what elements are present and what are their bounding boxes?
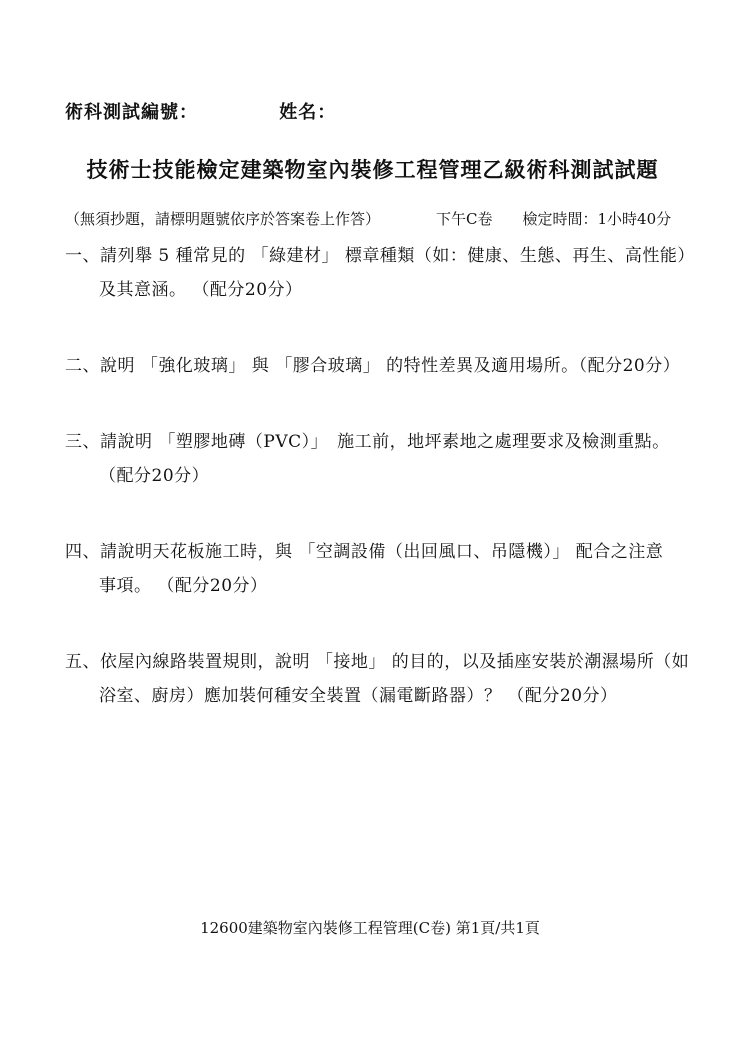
question-4-line-1: 四、請說明天花板施工時，與 「空調設備（出回風口、吊隱機）」 配合之注意 [65, 535, 680, 569]
question-5-line-2: 浴室、廚房）應加裝何種安全裝置（漏電斷路器）？ （配分20分） [65, 679, 680, 713]
answer-instruction: （無須抄題，請標明題號依序於答案卷上作答） [65, 208, 380, 229]
question-3-line-1: 三、請說明 「塑膠地磚（PVC）」 施工前，地坪素地之處理要求及檢測重點。 [65, 425, 680, 459]
test-number-label: 術科測試編號： [65, 102, 198, 123]
header-row: 術科測試編號： 姓名： [65, 0, 680, 124]
page-footer: 12600建築物室內裝修工程管理(C卷) 第1頁/共1頁 [0, 917, 740, 938]
question-1-line-1: 一、請列舉 5 種常見的 「綠建材」 標章種類（如：健康、生態、再生、高性能） [65, 239, 680, 273]
session-label: 下午C卷 [436, 208, 492, 229]
question-1: 一、請列舉 5 種常見的 「綠建材」 標章種類（如：健康、生態、再生、高性能） … [65, 239, 680, 307]
question-2-line-1: 二、說明 「強化玻璃」 與 「膠合玻璃」 的特性差異及適用場所。（配分20分） [65, 349, 680, 383]
page-title: 技術士技能檢定建築物室內裝修工程管理乙級術科測試試題 [65, 154, 680, 184]
question-4-line-2: 事項。 （配分20分） [65, 569, 680, 603]
question-5: 五、依屋內線路裝置規則，說明 「接地」 的目的，以及插座安裝於潮濕場所（如 浴室… [65, 645, 680, 713]
question-3-line-2: （配分20分） [65, 459, 680, 493]
question-3: 三、請說明 「塑膠地磚（PVC）」 施工前，地坪素地之處理要求及檢測重點。 （配… [65, 425, 680, 493]
question-1-line-2: 及其意涵。 （配分20分） [65, 273, 680, 307]
question-4: 四、請說明天花板施工時，與 「空調設備（出回風口、吊隱機）」 配合之注意 事項。… [65, 535, 680, 603]
question-list: 一、請列舉 5 種常見的 「綠建材」 標章種類（如：健康、生態、再生、高性能） … [65, 239, 680, 713]
question-2: 二、說明 「強化玻璃」 與 「膠合玻璃」 的特性差異及適用場所。（配分20分） [65, 349, 680, 383]
info-row: （無須抄題，請標明題號依序於答案卷上作答） 下午C卷 檢定時間：1小時40分 [65, 208, 680, 229]
question-5-line-1: 五、依屋內線路裝置規則，說明 「接地」 的目的，以及插座安裝於潮濕場所（如 [65, 645, 680, 679]
exam-page: 術科測試編號： 姓名： 技術士技能檢定建築物室內裝修工程管理乙級術科測試試題 （… [0, 0, 740, 1047]
time-limit-label: 檢定時間：1小時40分 [523, 208, 672, 229]
name-label: 姓名： [279, 102, 336, 123]
